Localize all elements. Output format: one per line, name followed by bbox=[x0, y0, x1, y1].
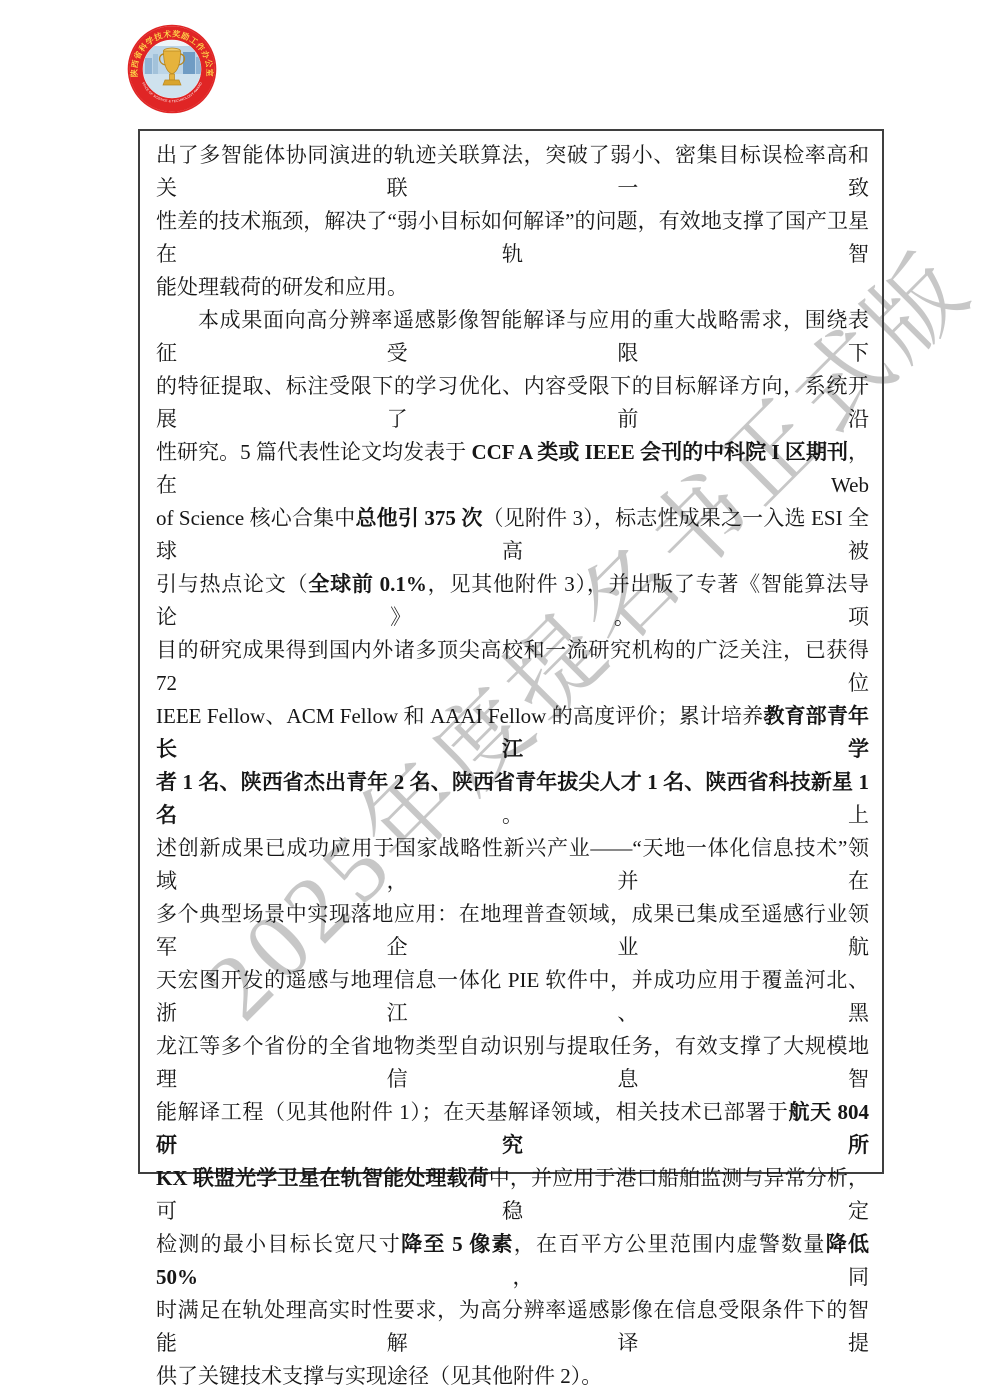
bold-text-run: KX 联盟光学卫星在轨智能处理载荷 bbox=[156, 1166, 489, 1190]
page: { "seal": { "ring_text_cn": "陕西省科学技术奖励工作… bbox=[0, 0, 990, 1399]
text-run: 的特征提取、标注受限下的学习优化、内容受限下的目标解译方向，系统开展了前沿 bbox=[156, 374, 869, 431]
text-run: 本成果面向高分辨率遥感影像智能解译与应用的重大战略需求，围绕表征受限下 bbox=[156, 308, 869, 365]
text-line: 天宏图开发的遥感与地理信息一体化 PIE 软件中，并成功应用于覆盖河北、浙江、黑 bbox=[156, 964, 869, 1030]
text-line: KX 联盟光学卫星在轨智能处理载荷中，并应用于港口船舶监测与异常分析，可稳定 bbox=[156, 1162, 869, 1228]
bold-text-run: 降至 5 像素 bbox=[401, 1232, 514, 1256]
text-run: 天宏图开发的遥感与地理信息一体化 PIE 软件中，并成功应用于覆盖河北、浙江、黑 bbox=[156, 968, 869, 1025]
text-run: of Science 核心合集中 bbox=[156, 506, 355, 530]
text-run: ，在百平方公里范围内虚警数量 bbox=[514, 1232, 826, 1256]
text-run: 多个典型场景中实现落地应用：在地理普查领域，成果已集成至遥感行业领军企业航 bbox=[156, 902, 869, 959]
text-run: 性差的技术瓶颈，解决了“弱小目标如何解译”的问题，有效地支撑了国产卫星在轨智 bbox=[156, 209, 869, 266]
text-line: of Science 核心合集中总他引 375 次（见附件 3），标志性成果之一… bbox=[156, 502, 869, 568]
text-run: 检测的最小目标长宽尺寸 bbox=[156, 1232, 401, 1256]
text-run: 出了多智能体协同演进的轨迹关联算法，突破了弱小、密集目标误检率高和关联一致 bbox=[156, 143, 869, 200]
text-run: IEEE Fellow、ACM Fellow 和 AAAI Fellow 的高度… bbox=[156, 704, 763, 728]
text-line: 能解译工程（见其他附件 1）；在天基解译领域，相关技术已部署于航天 804 研究… bbox=[156, 1096, 869, 1162]
text-run: 目的研究成果得到国内外诸多顶尖高校和一流研究机构的广泛关注，已获得 72 位 bbox=[156, 638, 869, 695]
document-frame: 出了多智能体协同演进的轨迹关联算法，突破了弱小、密集目标误检率高和关联一致性差的… bbox=[138, 129, 884, 1174]
award-office-seal: 陕西省科学技术奖励工作办公室 OFFICE OF SCIENCE & TECHN… bbox=[127, 24, 217, 114]
text-line: 时满足在轨处理高实时性要求，为高分辨率遥感影像在信息受限条件下的智能解译提 bbox=[156, 1294, 869, 1360]
text-run: 引与热点论文（ bbox=[156, 572, 308, 596]
bold-text-run: CCF A 类或 IEEE 会刊的中科院 I 区期刊 bbox=[471, 440, 848, 464]
text-run: ，同 bbox=[198, 1265, 869, 1289]
text-line: 的特征提取、标注受限下的学习优化、内容受限下的目标解译方向，系统开展了前沿 bbox=[156, 370, 869, 436]
text-run: 述创新成果已成功应用于国家战略性新兴产业——“天地一体化信息技术”领域，并在 bbox=[156, 836, 869, 893]
text-line: 龙江等多个省份的全省地物类型自动识别与提取任务，有效支撑了大规模地理信息智 bbox=[156, 1030, 869, 1096]
text-line: 检测的最小目标长宽尺寸降至 5 像素，在百平方公里范围内虚警数量降低 50%，同 bbox=[156, 1228, 869, 1294]
bold-text-run: 全球前 0.1% bbox=[308, 572, 427, 596]
text-line: 者 1 名、陕西省杰出青年 2 名、陕西省青年拔尖人才 1 名、陕西省科技新星 … bbox=[156, 766, 869, 832]
text-line: 本成果面向高分辨率遥感影像智能解译与应用的重大战略需求，围绕表征受限下 bbox=[156, 304, 869, 370]
document-body: 出了多智能体协同演进的轨迹关联算法，突破了弱小、密集目标误检率高和关联一致性差的… bbox=[156, 139, 869, 1393]
text-line: 能处理载荷的研发和应用。 bbox=[156, 271, 869, 304]
text-line: 性差的技术瓶颈，解决了“弱小目标如何解译”的问题，有效地支撑了国产卫星在轨智 bbox=[156, 205, 869, 271]
text-line: 目的研究成果得到国内外诸多顶尖高校和一流研究机构的广泛关注，已获得 72 位 bbox=[156, 634, 869, 700]
text-run: 时满足在轨处理高实时性要求，为高分辨率遥感影像在信息受限条件下的智能解译提 bbox=[156, 1298, 869, 1355]
text-line: 多个典型场景中实现落地应用：在地理普查领域，成果已集成至遥感行业领军企业航 bbox=[156, 898, 869, 964]
text-line: 性研究。5 篇代表性论文均发表于 CCF A 类或 IEEE 会刊的中科院 I … bbox=[156, 436, 869, 502]
seal-icon: 陕西省科学技术奖励工作办公室 OFFICE OF SCIENCE & TECHN… bbox=[127, 24, 217, 114]
text-line: IEEE Fellow、ACM Fellow 和 AAAI Fellow 的高度… bbox=[156, 700, 869, 766]
text-run: 性研究。5 篇代表性论文均发表于 bbox=[156, 440, 471, 464]
text-line: 述创新成果已成功应用于国家战略性新兴产业——“天地一体化信息技术”领域，并在 bbox=[156, 832, 869, 898]
text-run: 能解译工程（见其他附件 1）；在天基解译领域，相关技术已部署于 bbox=[156, 1100, 788, 1124]
text-line: 引与热点论文（全球前 0.1%，见其他附件 3），并出版了专著《智能算法导论》。… bbox=[156, 568, 869, 634]
text-line: 供了关键技术支撑与实现途径（见其他附件 2）。 bbox=[156, 1360, 869, 1393]
text-run: 。上 bbox=[502, 803, 869, 827]
text-line: 出了多智能体协同演进的轨迹关联算法，突破了弱小、密集目标误检率高和关联一致 bbox=[156, 139, 869, 205]
bold-text-run: 总他引 375 次 bbox=[355, 506, 482, 530]
text-run: 能处理载荷的研发和应用。 bbox=[156, 275, 408, 299]
text-run: 供了关键技术支撑与实现途径（见其他附件 2）。 bbox=[156, 1364, 602, 1388]
text-run: 龙江等多个省份的全省地物类型自动识别与提取任务，有效支撑了大规模地理信息智 bbox=[156, 1034, 869, 1091]
